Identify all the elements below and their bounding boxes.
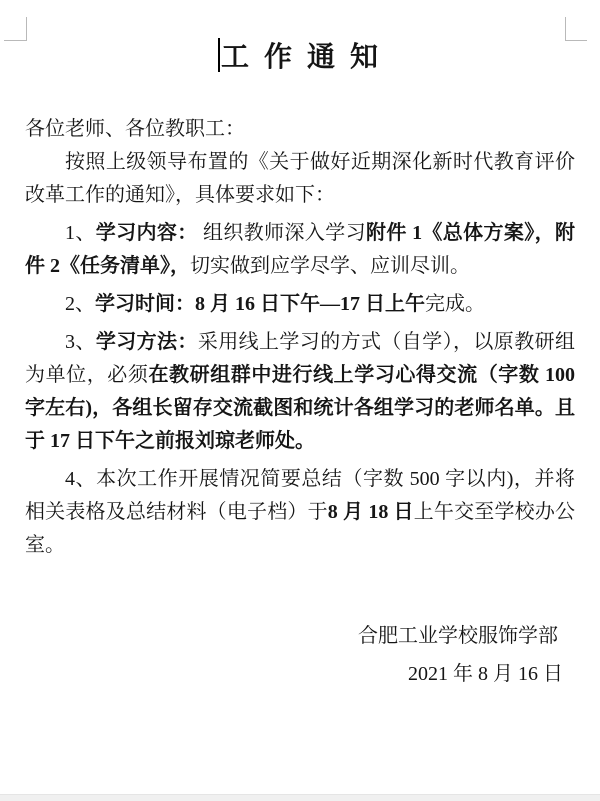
page-margin-mark-top-right	[565, 17, 587, 41]
text-run: 学习方法：	[96, 331, 198, 353]
document-title-text: 工 作 通 知	[221, 42, 382, 73]
signature-block[interactable]: 合肥工业学校服饰学部 2021 年 8 月 16 日	[25, 617, 575, 693]
document-title[interactable]: 工 作 通 知	[25, 38, 575, 77]
paragraph-intro[interactable]: 按照上级领导布置的《关于做好近期深化新时代教育评价改革工作的通知》，具体要求如下…	[25, 146, 575, 212]
text-run: 按照上级领导布置的《关于做好近期深化新时代教育评价改革工作的通知》，具体要求如下…	[25, 151, 575, 206]
text-run: 各位老师、各位教职工：	[25, 118, 245, 140]
paragraph-item-3[interactable]: 3、学习方法：采用线上学习的方式（自学），以原教研组为单位，必须在教研组群中进行…	[25, 326, 575, 458]
text-run: 学习时间：8 月 16 日下午—17 日上午	[95, 293, 425, 315]
signature-date: 2021 年 8 月 16 日	[25, 655, 575, 693]
text-run: 2、	[65, 293, 95, 315]
paragraph-salutation[interactable]: 各位老师、各位教职工：	[25, 113, 575, 146]
text-run: 8 月 18 日	[328, 501, 414, 523]
text-cursor-caret	[218, 38, 220, 72]
text-run: 完成。	[425, 293, 485, 315]
paragraph-item-1[interactable]: 1、学习内容： 组织教师深入学习附件 1《总体方案》，附件 2《任务清单》，切实…	[25, 217, 575, 283]
page-margin-mark-top-left	[4, 17, 27, 41]
text-run: 切实做到应学尽学、应训尽训。	[190, 255, 470, 277]
page-bottom-gap	[0, 794, 600, 801]
paragraph-item-2[interactable]: 2、学习时间：8 月 16 日下午—17 日上午完成。	[25, 288, 575, 321]
document-paragraphs[interactable]: 各位老师、各位教职工：按照上级领导布置的《关于做好近期深化新时代教育评价改革工作…	[25, 113, 575, 562]
text-run: 3、	[65, 331, 96, 353]
text-run: 1、	[65, 222, 96, 244]
text-run: 学习内容：	[96, 222, 198, 244]
text-run: 组织教师深入学习	[198, 222, 366, 244]
signature-department: 合肥工业学校服饰学部	[25, 617, 575, 655]
document-page[interactable]: 工 作 通 知 各位老师、各位教职工：按照上级领导布置的《关于做好近期深化新时代…	[0, 0, 600, 801]
paragraph-item-4[interactable]: 4、本次工作开展情况简要总结（字数 500 字以内)，并将相关表格及总结材料（电…	[25, 463, 575, 562]
